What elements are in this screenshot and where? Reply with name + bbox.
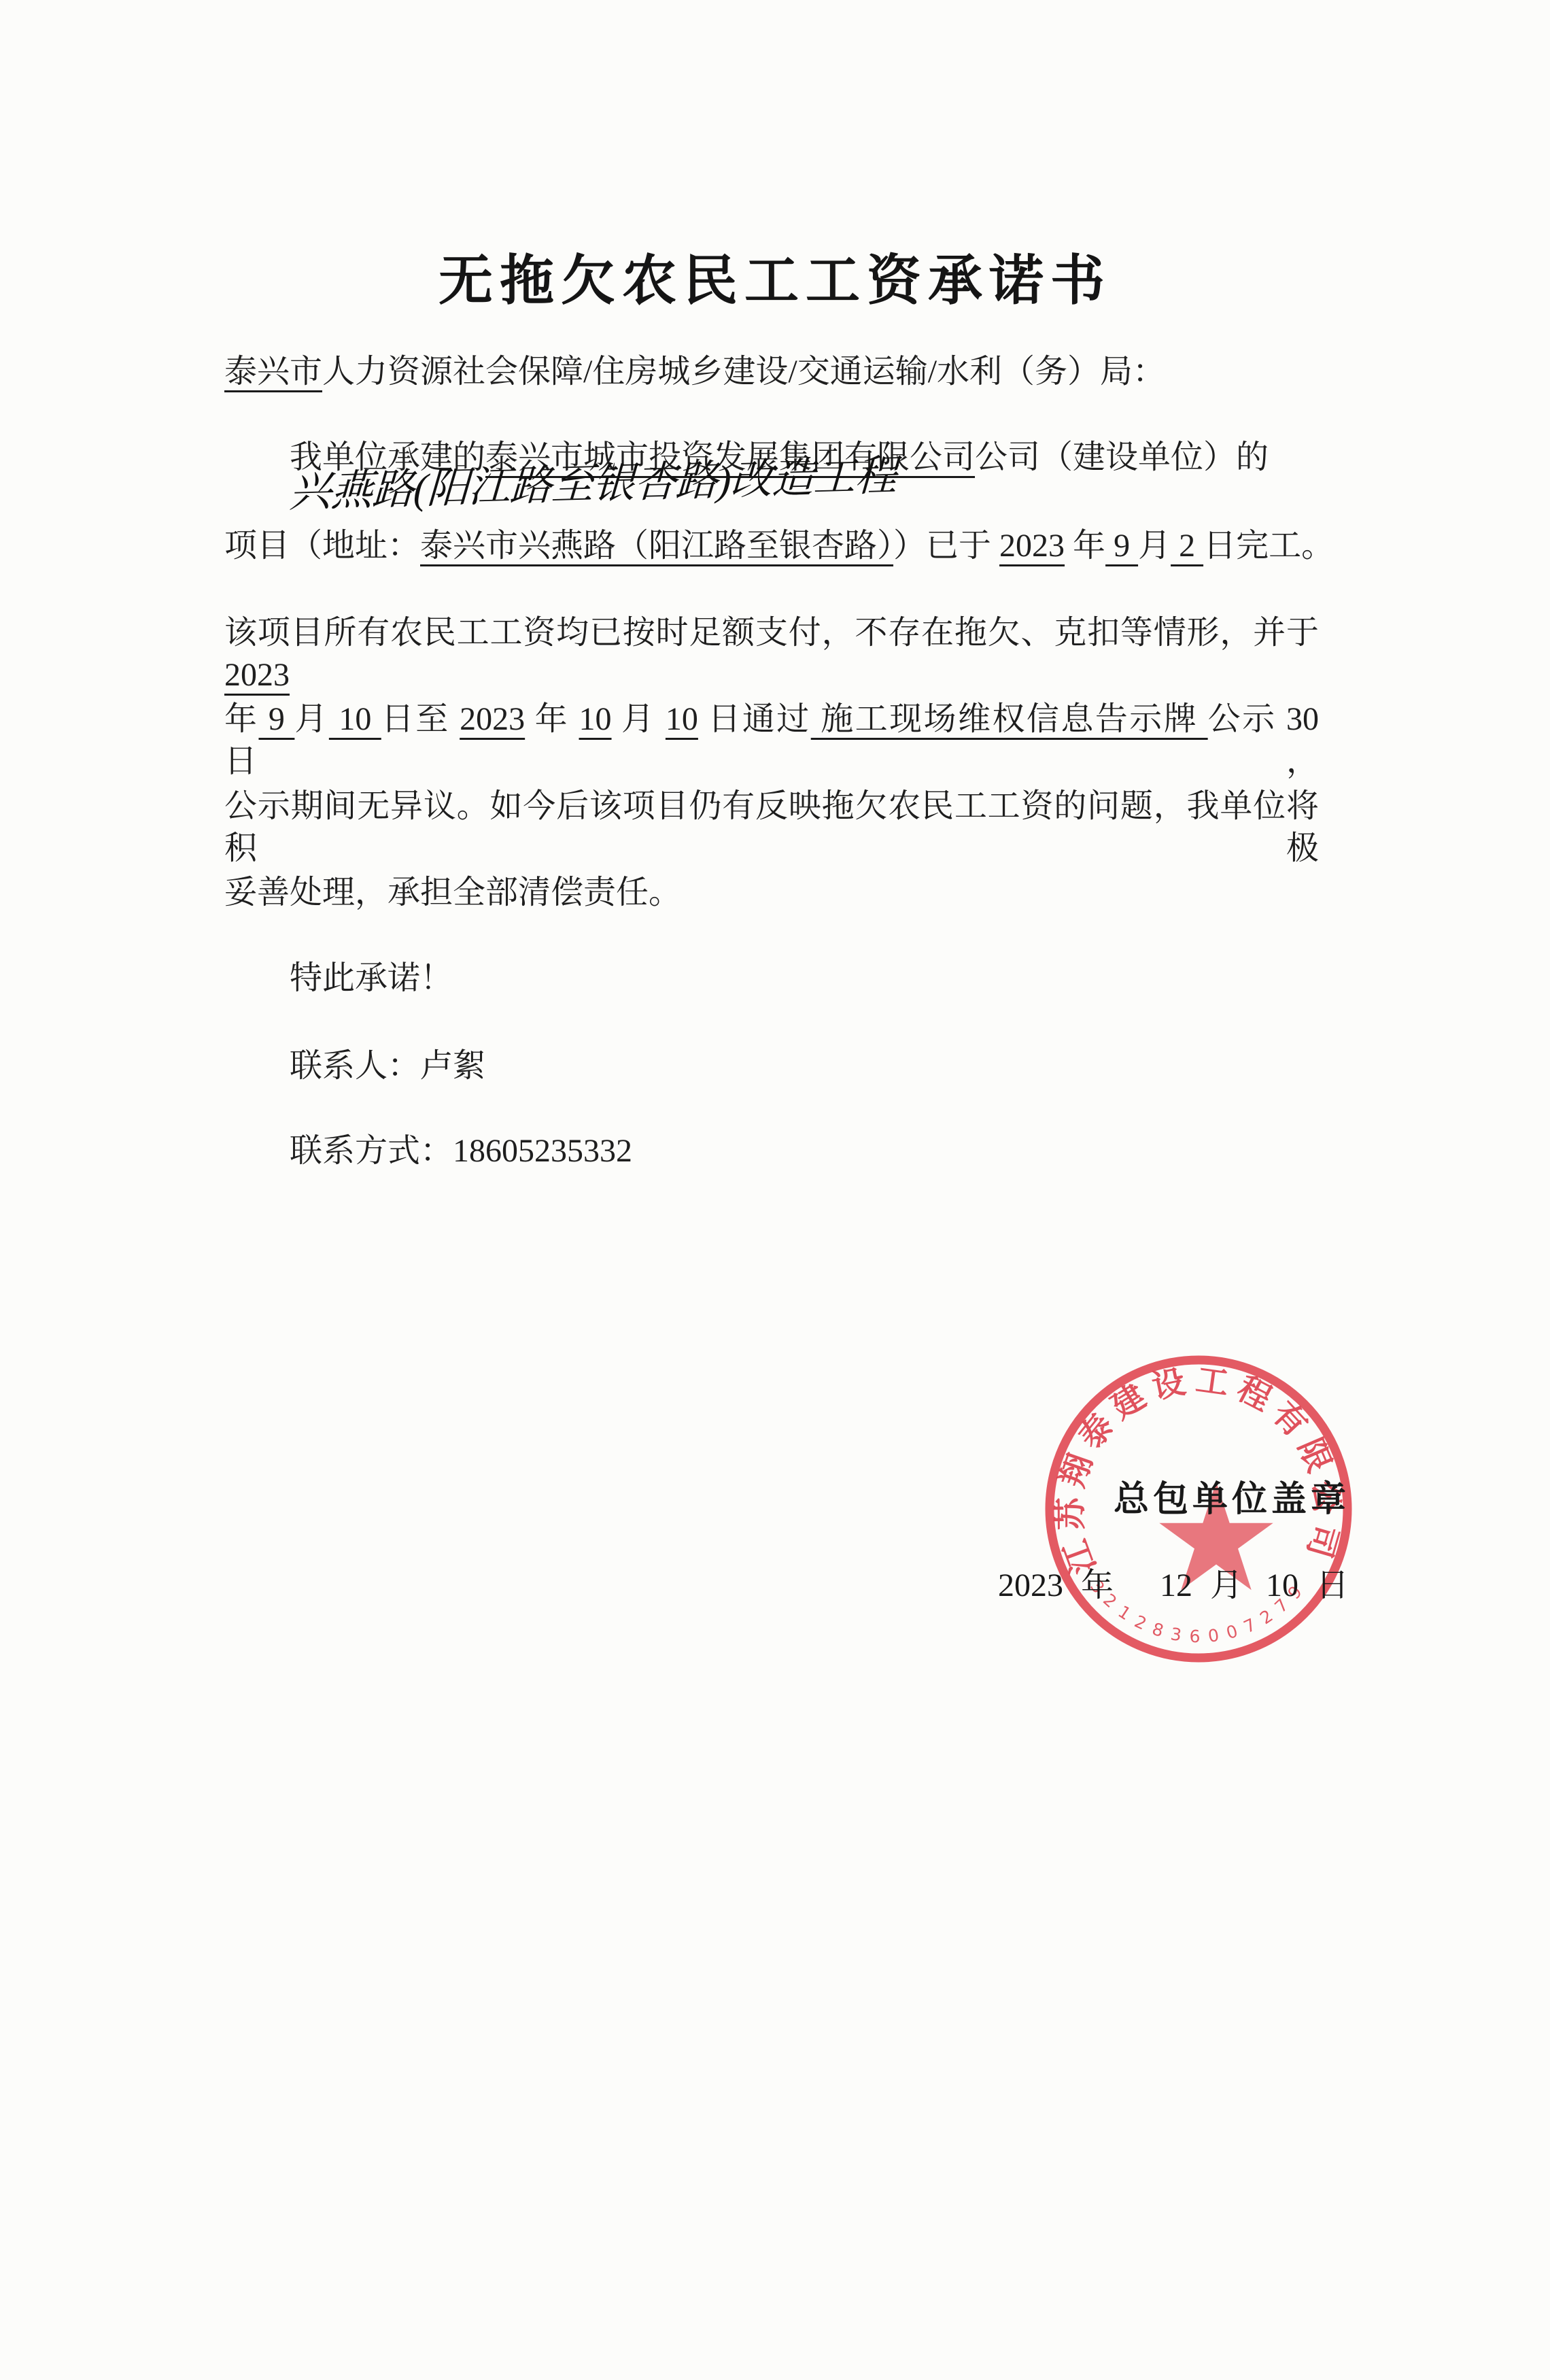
seal-date-month-unit: 月 xyxy=(1210,1559,1243,1605)
seal-date-day: 10 xyxy=(1266,1567,1298,1604)
paragraph-line-4: 公示期间无异议。如今后该项目仍有反映拖欠农民工工资的问题，我单位将积极 xyxy=(224,785,1319,870)
document-title: 无拖欠农民工工资承诺书 xyxy=(0,237,1550,315)
text-segment: 公司（建设单位）的 xyxy=(975,439,1269,475)
paragraph-line-5: 妥善处理，承担全部清偿责任。 xyxy=(224,872,1319,914)
underlined-text-segment: 9 xyxy=(258,701,294,737)
underlined-text-segment: 2023 xyxy=(460,701,525,737)
contact-person-line: 联系人：卢絮 xyxy=(224,1045,1319,1087)
underlined-text-segment: 施工现场维权信息告示牌 xyxy=(811,701,1208,737)
text-segment: 该项目所有农民工工资均已按时足额支付，不存在拖欠、克扣等情形，并于 xyxy=(224,615,1319,651)
seal-date-line: 2023 年 12 月 10 日 xyxy=(998,1559,1349,1605)
text-segment: 年 xyxy=(224,701,258,737)
project-address-line: 项目（地址：泰兴市兴燕路（阳江路至银杏路））已于 2023 年 9 月 2 日完… xyxy=(224,525,1319,567)
text-segment: 年 xyxy=(525,701,579,737)
underlined-text-segment: 2023 xyxy=(999,528,1065,564)
text-segment: 年 xyxy=(1065,528,1105,564)
text-segment: 月 xyxy=(1138,528,1171,564)
paragraph-line-3: 年 9 月 10 日至 2023 年 10 月 10 日通过 施工现场维权信息告… xyxy=(224,698,1319,783)
seal-date-year-unit: 年 xyxy=(1081,1559,1114,1605)
text-segment: 人力资源社会保障/住房城乡建设/交通运输/水利（务）局： xyxy=(322,354,1165,390)
underlined-text-segment: 泰兴市 xyxy=(224,354,322,390)
text-segment: 月 xyxy=(294,701,328,737)
pledge-line: 特此承诺！ xyxy=(224,957,1319,1000)
underlined-text-segment: 2 xyxy=(1171,528,1203,564)
underlined-text-segment: 10 xyxy=(666,701,698,737)
underlined-text-segment: 10 xyxy=(579,701,612,737)
underlined-text-segment: 10 xyxy=(329,701,381,737)
paragraph-line-2: 该项目所有农民工工资均已按时足额支付，不存在拖欠、克扣等情形，并于 2023 xyxy=(224,612,1319,696)
seal-overlay-label: 总包单位盖章 xyxy=(1114,1470,1350,1521)
seal-date-year: 2023 xyxy=(998,1567,1063,1604)
contact-phone-line: 联系方式：18605235332 xyxy=(224,1130,1319,1172)
underlined-text-segment: 泰兴市兴燕路（阳江路至银杏路） xyxy=(420,528,893,564)
seal-date-day-unit: 日 xyxy=(1316,1559,1349,1605)
seal-date-month: 12 xyxy=(1160,1567,1192,1604)
underlined-text-segment: 9 xyxy=(1105,528,1138,564)
text-segment: ）已于 xyxy=(893,528,999,564)
text-segment: 月 xyxy=(612,701,666,737)
underlined-text-segment: 2023 xyxy=(224,657,290,693)
text-segment: 日通过 xyxy=(698,701,811,737)
text-segment: 日完工。 xyxy=(1203,528,1334,564)
text-segment: 日至 xyxy=(381,701,460,737)
addressee-line: 泰兴市人力资源社会保障/住房城乡建设/交通运输/水利（务）局： xyxy=(224,351,1319,393)
scanned-document-page: 无拖欠农民工工资承诺书 泰兴市人力资源社会保障/住房城乡建设/交通运输/水利（务… xyxy=(0,0,1550,2380)
text-segment: 项目（地址： xyxy=(224,528,420,564)
